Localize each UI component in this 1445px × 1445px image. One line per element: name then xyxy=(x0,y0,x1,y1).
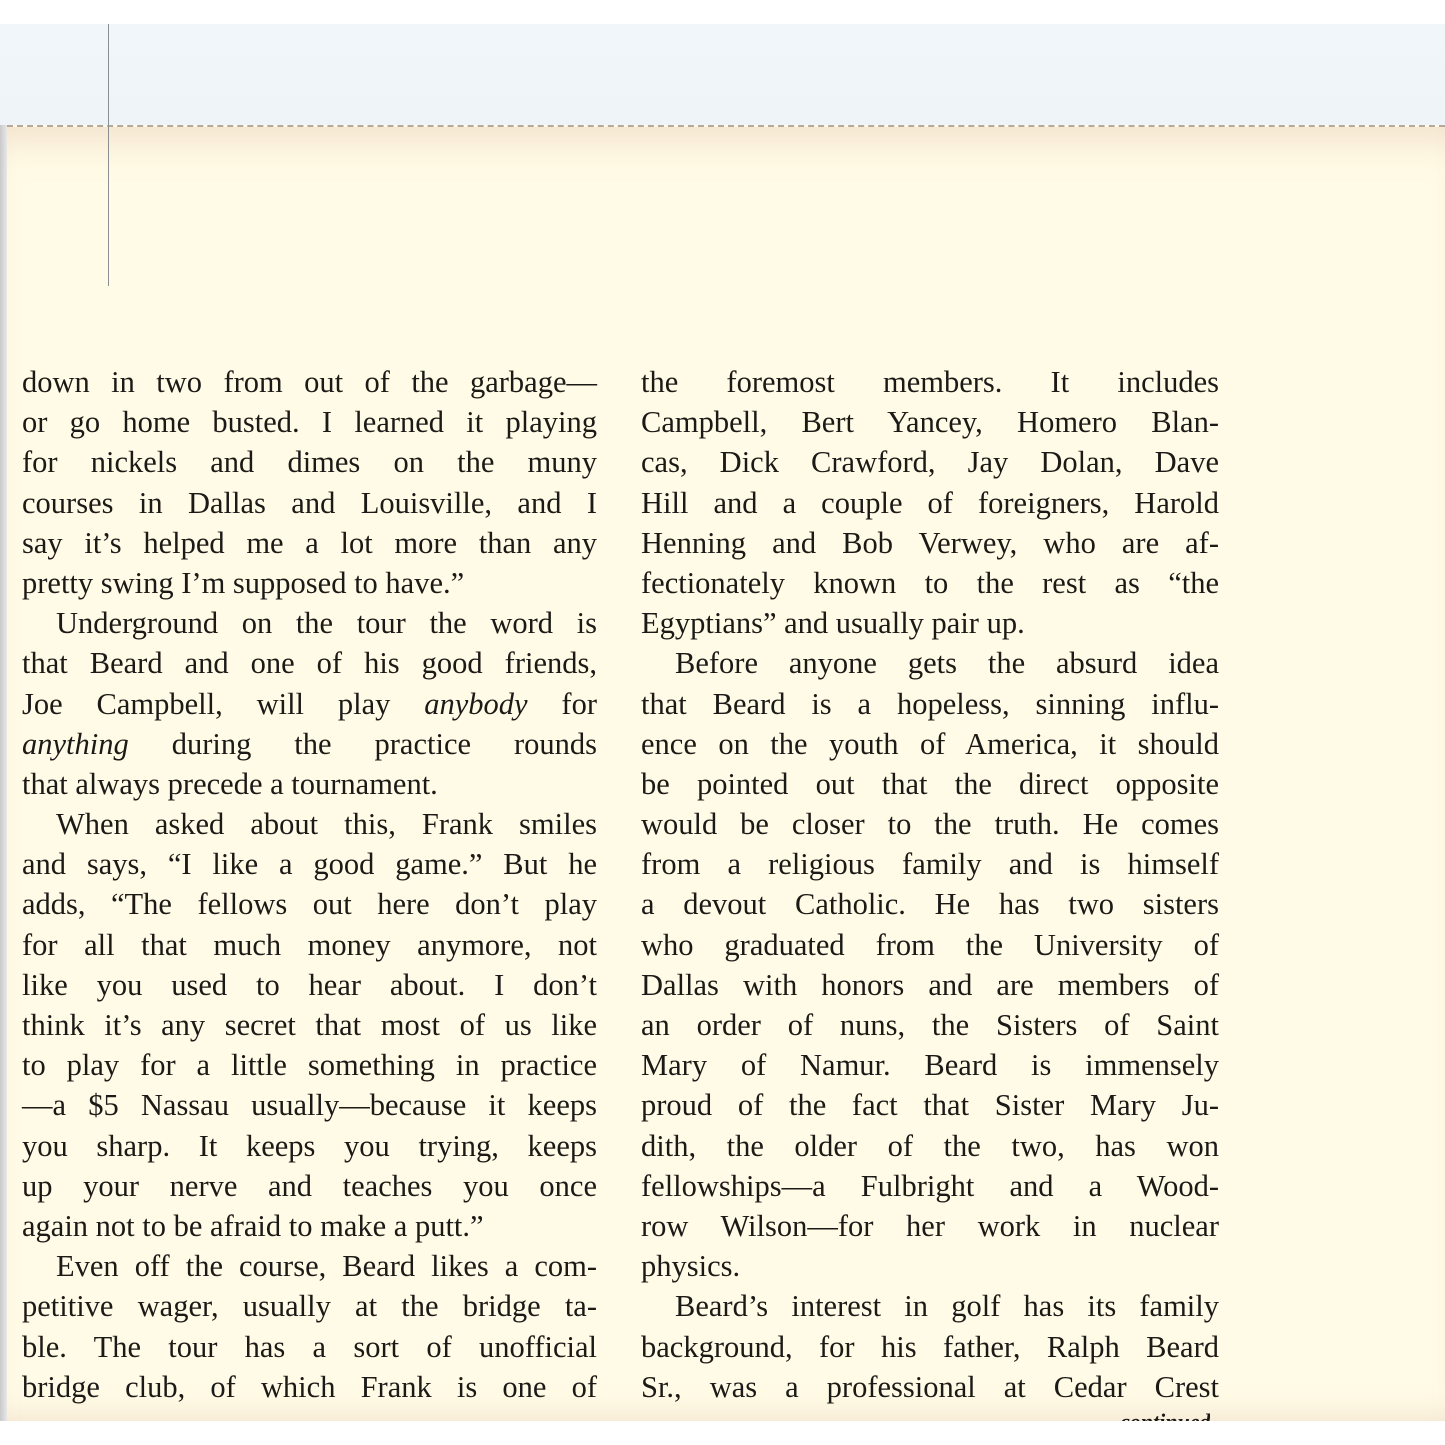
text-line: Beard’s interest in golf has its family xyxy=(641,1286,1219,1326)
text-column-right: the foremost members. It includesCampbel… xyxy=(641,362,1219,1407)
text-line: petitive wager, usually at the bridge ta… xyxy=(22,1286,597,1326)
text-line: Joe Campbell, will play anybody for xyxy=(22,684,597,724)
text-line: would be closer to the truth. He comes xyxy=(641,804,1219,844)
text-line: down in two from out of the garbage— xyxy=(22,362,597,402)
text-line: the foremost members. It includes xyxy=(641,362,1219,402)
scan-bottom-margin xyxy=(0,1421,1445,1445)
text-line: adds, “The fellows out here don’t play xyxy=(22,884,597,924)
text-run: during the practice rounds xyxy=(129,727,597,761)
text-line: Mary of Namur. Beard is immensely xyxy=(641,1045,1219,1085)
text-line: say it’s helped me a lot more than any xyxy=(22,523,597,563)
text-line: ence on the youth of America, it should xyxy=(641,724,1219,764)
text-line: Dallas with honors and are members of xyxy=(641,965,1219,1005)
text-column-left: down in two from out of the garbage—or g… xyxy=(22,362,597,1407)
text-line: you sharp. It keeps you trying, keeps xyxy=(22,1126,597,1166)
text-line: that Beard and one of his good friends, xyxy=(22,643,597,683)
text-line: a devout Catholic. He has two sisters xyxy=(641,884,1219,924)
text-line: up your nerve and teaches you once xyxy=(22,1166,597,1206)
text-line: think it’s any secret that most of us li… xyxy=(22,1005,597,1045)
text-line: When asked about this, Frank smiles xyxy=(22,804,597,844)
text-run: for xyxy=(528,687,597,721)
text-line: that always precede a tournament. xyxy=(22,764,597,804)
text-line: Campbell, Bert Yancey, Homero Blan- xyxy=(641,402,1219,442)
text-line: Even off the course, Beard likes a com- xyxy=(22,1246,597,1286)
paper-left-edge xyxy=(0,125,7,1421)
text-line: proud of the fact that Sister Mary Ju- xyxy=(641,1085,1219,1125)
text-line: like you used to hear about. I don’t xyxy=(22,965,597,1005)
text-line: that Beard is a hopeless, sinning influ- xyxy=(641,684,1219,724)
text-line: physics. xyxy=(641,1246,1219,1286)
continued-label: continued xyxy=(1120,1408,1210,1421)
text-line: fellowships—a Fulbright and a Wood- xyxy=(641,1166,1219,1206)
text-line: Hill and a couple of foreigners, Harold xyxy=(641,483,1219,523)
text-line: background, for his father, Ralph Beard xyxy=(641,1327,1219,1367)
text-line: from a religious family and is himself xyxy=(641,844,1219,884)
text-line: dith, the older of the two, has won xyxy=(641,1126,1219,1166)
text-line: again not to be afraid to make a putt.” xyxy=(22,1206,597,1246)
text-line: Egyptians” and usually pair up. xyxy=(641,603,1219,643)
text-line: bridge club, of which Frank is one of xyxy=(22,1367,597,1407)
text-line: and says, “I like a good game.” But he xyxy=(22,844,597,884)
text-line: row Wilson—for her work in nuclear xyxy=(641,1206,1219,1246)
text-run: Joe Campbell, will play xyxy=(22,687,424,721)
text-line: who graduated from the University of xyxy=(641,925,1219,965)
text-line: Sr., was a professional at Cedar Crest xyxy=(641,1367,1219,1407)
text-line: —a $5 Nassau usually—because it keeps xyxy=(22,1085,597,1125)
text-line: Henning and Bob Verwey, who are af- xyxy=(641,523,1219,563)
text-line: anything during the practice rounds xyxy=(22,724,597,764)
scanned-page-canvas: down in two from out of the garbage—or g… xyxy=(0,0,1445,1445)
text-line: to play for a little something in practi… xyxy=(22,1045,597,1085)
text-line: pretty swing I’m supposed to have.” xyxy=(22,563,597,603)
text-line: or go home busted. I learned it playing xyxy=(22,402,597,442)
text-line: ble. The tour has a sort of unofficial xyxy=(22,1327,597,1367)
text-line: cas, Dick Crawford, Jay Dolan, Dave xyxy=(641,442,1219,482)
text-line: be pointed out that the direct opposite xyxy=(641,764,1219,804)
text-line: for all that much money anymore, not xyxy=(22,925,597,965)
text-line: Before anyone gets the absurd idea xyxy=(641,643,1219,683)
italic-word: anybody xyxy=(424,687,527,721)
text-line: fectionately known to the rest as “the xyxy=(641,563,1219,603)
text-line: courses in Dallas and Louisville, and I xyxy=(22,483,597,523)
scanner-background-band xyxy=(0,24,1445,126)
text-line: for nickels and dimes on the muny xyxy=(22,442,597,482)
text-line: Underground on the tour the word is xyxy=(22,603,597,643)
italic-word: anything xyxy=(22,727,129,761)
crop-mark-line xyxy=(108,24,109,286)
text-line: an order of nuns, the Sisters of Saint xyxy=(641,1005,1219,1045)
